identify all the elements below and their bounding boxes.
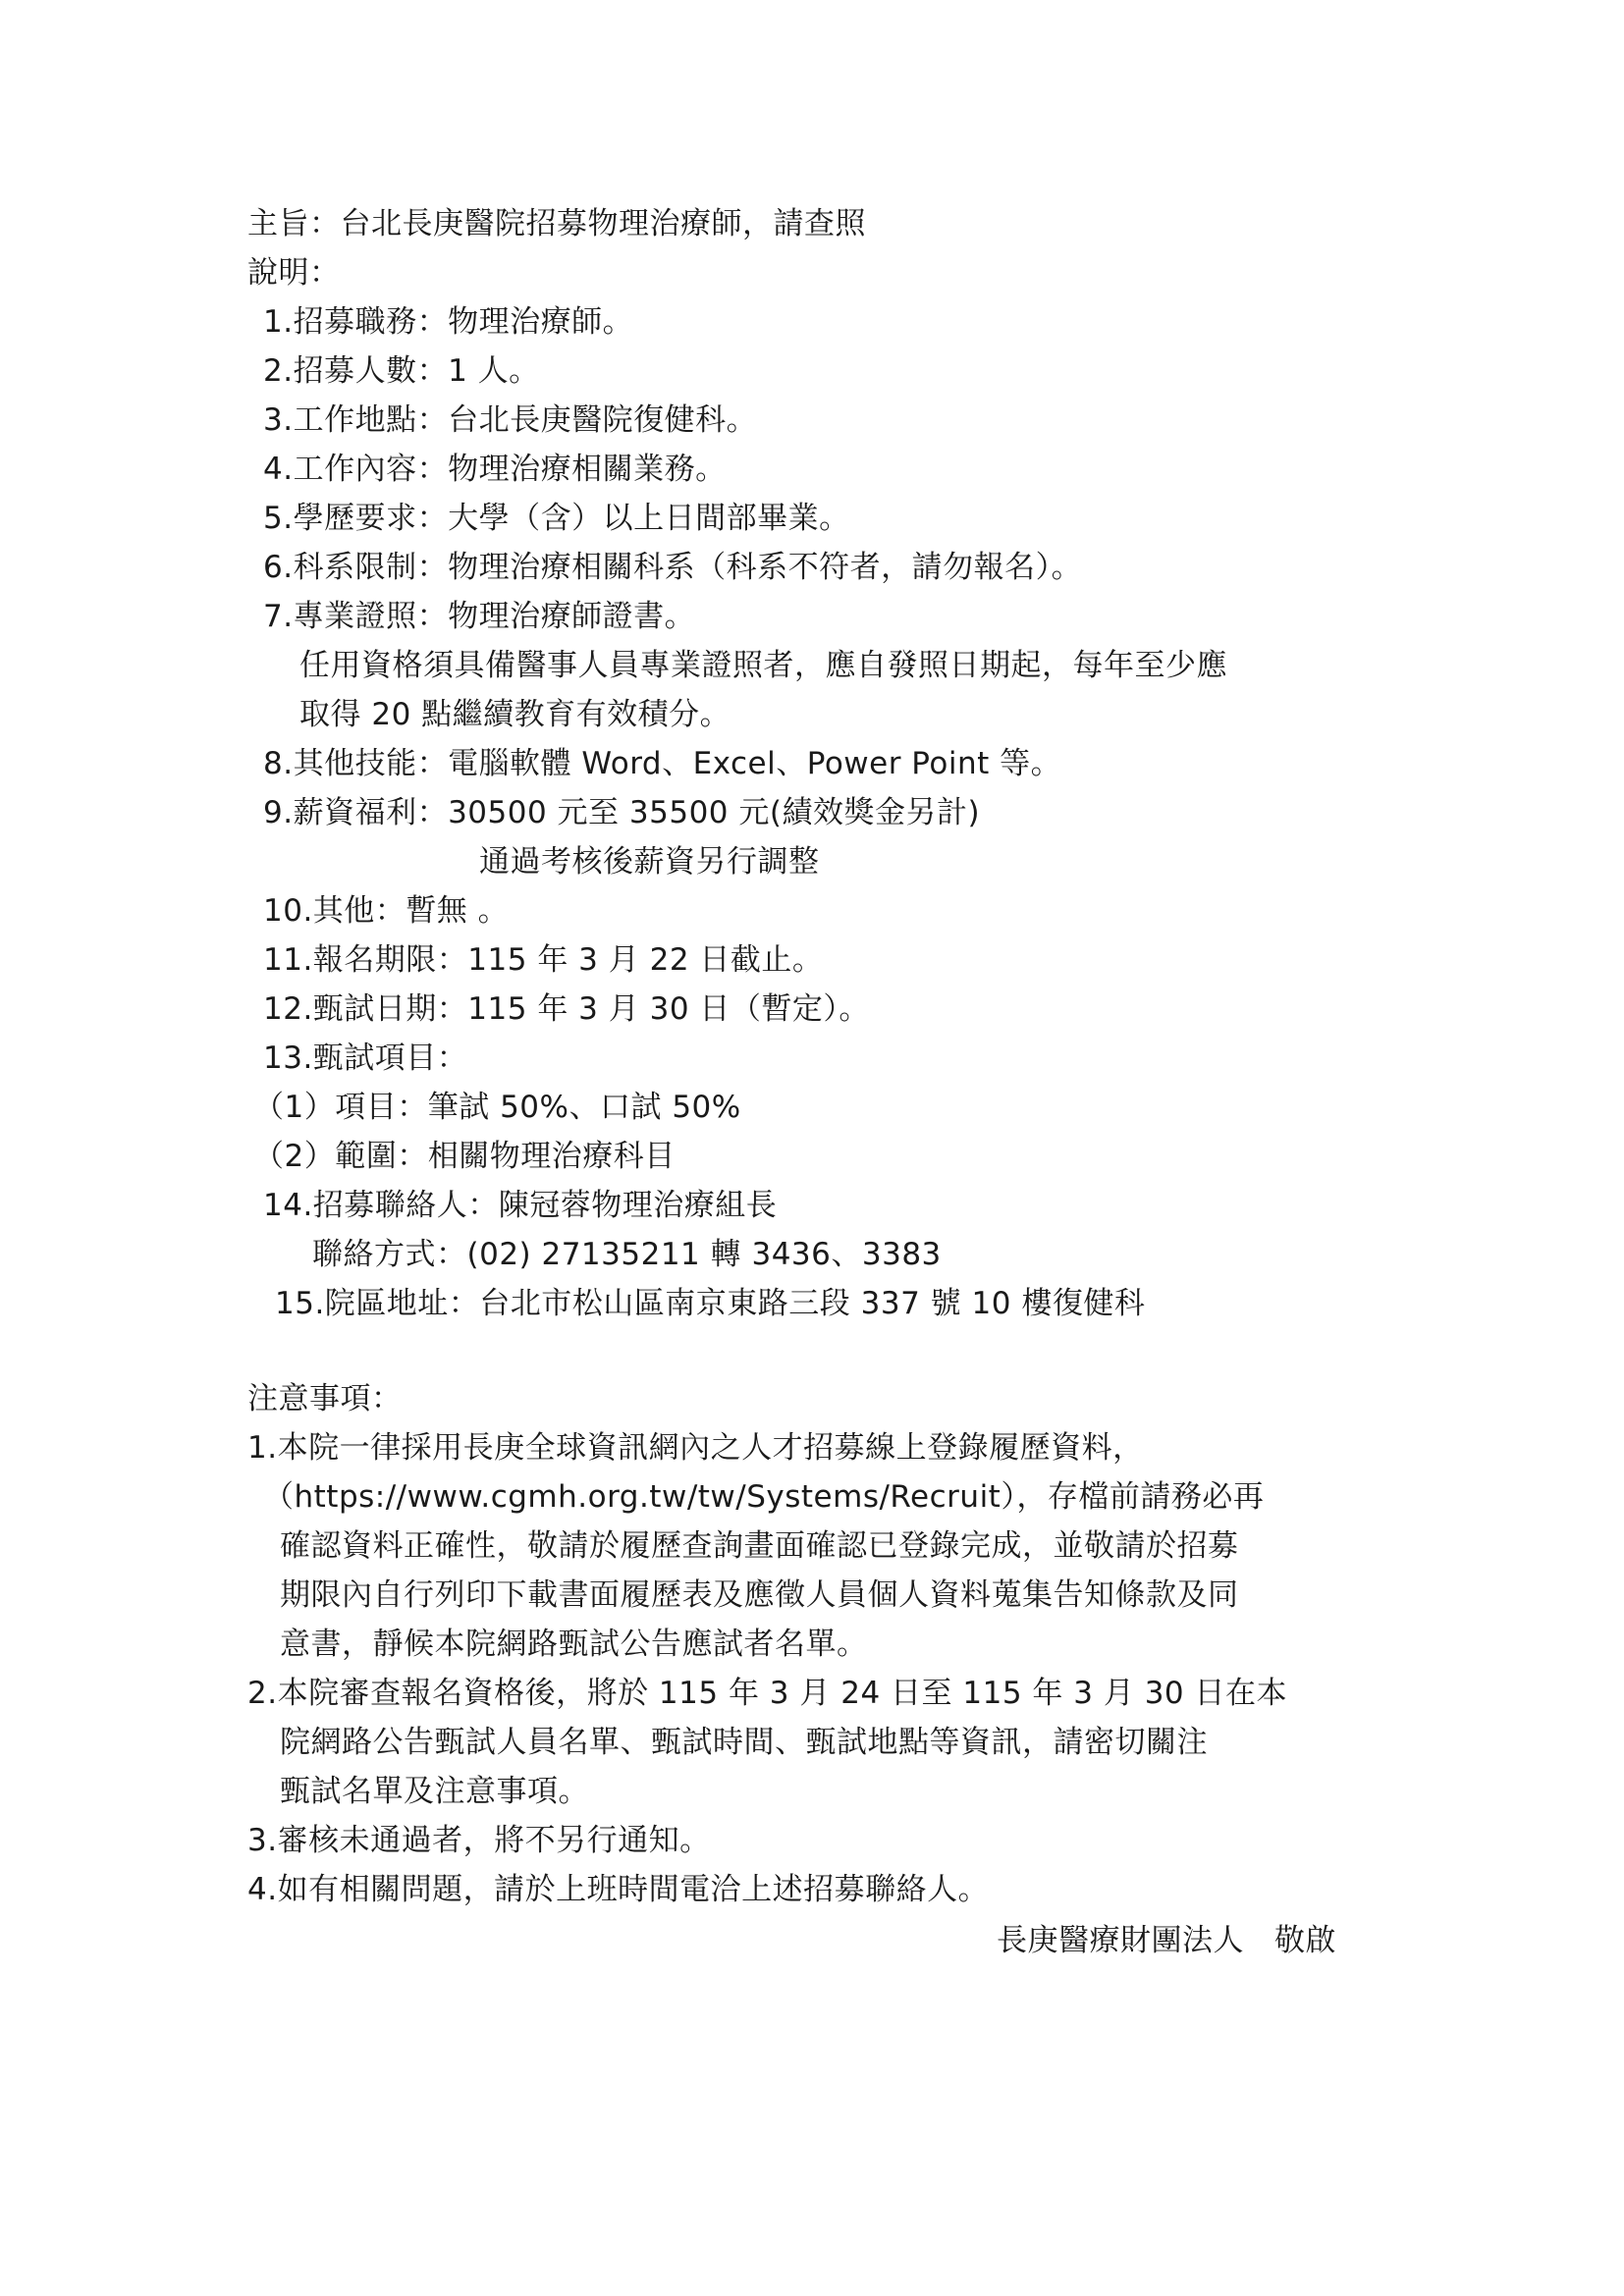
- item-14: 14.招募聯絡人：陳冠蓉物理治療組長: [263, 1186, 777, 1225]
- note-2: 2.本院審查報名資格後，將於 115 年 3 月 24 日至 115 年 3 月…: [247, 1674, 1287, 1713]
- note-3: 3.審核未通過者，將不另行通知。: [247, 1821, 711, 1860]
- subject-line: 主旨：台北長庚醫院招募物理治療師，請查照: [247, 204, 866, 243]
- note-1-cont-1: 確認資料正確性，敬請於履歷查詢畫面確認已登錄完成，並敬請於招募: [280, 1526, 1239, 1566]
- item-7-note-2: 取得 20 點繼續教育有效積分。: [299, 695, 731, 734]
- item-13-sub-1: （1）項目：筆試 50%、口試 50%: [253, 1088, 741, 1127]
- note-1-url: （https://www.cgmh.org.tw/tw/Systems/Recr…: [263, 1477, 1264, 1517]
- item-9-note: 通過考核後薪資另行調整: [479, 842, 820, 881]
- item-1: 1.招募職務：物理治療師。: [263, 302, 633, 342]
- item-3: 3.工作地點：台北長庚醫院復健科。: [263, 400, 757, 440]
- note-1: 1.本院一律採用長庚全球資訊網內之人才招募線上登錄履歷資料，: [247, 1428, 1144, 1468]
- note-2-cont-1: 院網路公告甄試人員名單、甄試時間、甄試地點等資訊，請密切關注: [280, 1723, 1208, 1762]
- signature: 長庚醫療財團法人 敬啟: [997, 1921, 1336, 1960]
- note-1-cont-2: 期限內自行列印下載書面履歷表及應徵人員個人資料蒐集告知條款及同: [280, 1575, 1239, 1615]
- item-14-contact: 聯絡方式：(02) 27135211 轉 3436、3383: [312, 1235, 942, 1274]
- note-2-cont-2: 甄試名單及注意事項。: [280, 1772, 589, 1811]
- item-2: 2.招募人數：1 人。: [263, 351, 540, 391]
- item-8: 8.其他技能：電腦軟體 Word、Excel、Power Point 等。: [263, 744, 1061, 783]
- item-7-note-1: 任用資格須具備醫事人員專業證照者，應自發照日期起，每年至少應: [299, 646, 1227, 685]
- item-6: 6.科系限制：物理治療相關科系（科系不符者，請勿報名）。: [263, 548, 1082, 587]
- item-4: 4.工作內容：物理治療相關業務。: [263, 450, 727, 489]
- item-13: 13.甄試項目：: [263, 1039, 467, 1078]
- notes-heading: 注意事項：: [247, 1379, 403, 1418]
- item-9: 9.薪資福利：30500 元至 35500 元(績效獎金另計): [263, 793, 980, 832]
- item-10: 10.其他：暫無 。: [263, 891, 509, 931]
- item-13-sub-2: （2）範圍：相關物理治療科目: [253, 1137, 676, 1176]
- document-page: 主旨：台北長庚醫院招募物理治療師，請查照 說明： 1.招募職務：物理治療師。 2…: [0, 0, 1624, 2296]
- item-5: 5.學歷要求：大學（含）以上日間部畢業。: [263, 499, 850, 538]
- item-7: 7.專業證照：物理治療師證書。: [263, 597, 695, 636]
- note-4: 4.如有相關問題，請於上班時間電洽上述招募聯絡人。: [247, 1870, 989, 1909]
- note-1-cont-3: 意書，靜候本院網路甄試公告應試者名單。: [280, 1625, 868, 1664]
- description-heading: 說明：: [247, 253, 341, 293]
- item-12: 12.甄試日期：115 年 3 月 30 日（暫定）。: [263, 989, 870, 1029]
- item-15: 15.院區地址：台北市松山區南京東路三段 337 號 10 樓復健科: [275, 1284, 1145, 1323]
- item-11: 11.報名期限：115 年 3 月 22 日截止。: [263, 940, 823, 980]
